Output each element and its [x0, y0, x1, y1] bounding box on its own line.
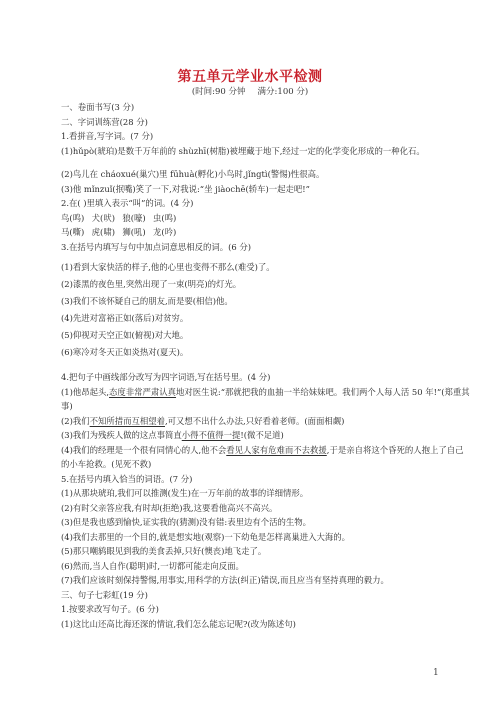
exam-full-score: 满分:100 分) [258, 87, 309, 97]
section-heading: 一、卷面书写(3 分) [61, 100, 471, 115]
animal-sounds-row: 马(嘶) 虎(啸) 狮(吼) 龙(吟) [61, 225, 471, 240]
document-subtitle: (时间:90 分钟满分:100 分) [0, 85, 500, 97]
question-item: (1)看到大家快活的样子,他的心里也变得不那么(难受)了。 [61, 259, 471, 276]
exam-time: (时间:90 分钟 [192, 87, 246, 97]
underlined-phrase: 小得不值得一提 [182, 430, 241, 440]
question-item: (3)我们为残疾人做的这点事简直小得不值得一提!(微不足道) [61, 428, 471, 443]
answer-cell: 狼(嚎) [122, 211, 150, 226]
answer-cell: 鸟(鸣) [61, 211, 89, 226]
answer-cell: 犬(吠) [92, 211, 120, 226]
question-item: (5)那只嘲鸫眼见到我的美食丢掉,只好(懊丧)地飞走了。 [61, 544, 471, 559]
underlined-phrase: 不知所措而互相望着 [90, 416, 165, 426]
question-item: (3)我们不该怀疑自己的朋友,而是要(相信)他。 [61, 293, 471, 310]
question-prompt: 2.在( )里填入表示“叫”的词。(4 分) [61, 196, 471, 211]
answer-cell: 狮(吼) [122, 225, 150, 240]
section-heading: 三、句子七彩虹(19 分) [61, 588, 471, 603]
answer-cell: 龙(吟) [153, 225, 181, 240]
question-item: (4)我们去那里的一个目的,就是想实地(观察)一下幼龟是怎样离巢进入大海的。 [61, 530, 471, 545]
question-item: (1)从那块琥珀,我们可以推测(发生)在一万年前的故事的详细情形。 [61, 486, 471, 501]
question-item: (1)他昂起头,态度非常严肃认真地对医生说:“那就把我的血抽一半给妹妹吧。我们两… [61, 385, 471, 414]
question-item: (1)这比山还高比海还深的情谊,我们怎么能忘记呢?(改为陈述句) [61, 617, 471, 632]
question-item: (4)先进对富裕正如(落后)对贫穷。 [61, 310, 471, 327]
question-prompt: 4.把句子中画线部分改写为四字词语,写在括号里。(4 分) [61, 370, 471, 385]
answer-cell: 马(嘶) [61, 225, 89, 240]
question-item: (2)我们不知所措而互相望着,可又想不出什么办法,只好看着老师。(面面相觑) [61, 414, 471, 429]
question-item: (2)鸟儿在 cháoxué(巢穴)里 fūhuà(孵化)小鸟时,jǐngtì(… [61, 167, 471, 182]
question-prompt: 1.按要求改写句子。(6 分) [61, 602, 471, 617]
question-item: (4)我们的经理是一个很有同情心的人,他不会看见人家有危难而不去救援,于是亲自将… [61, 443, 471, 472]
question-prompt: 1.看拼音,写字词。(7 分) [61, 129, 471, 144]
answer-cell: 虎(啸) [92, 225, 120, 240]
question-item: (3)但是我也感到愉快,证实我的(猜测)没有错:表里边有个活的生物。 [61, 515, 471, 530]
question-item: (1)hǔpò(琥珀)是数千万年前的 shùzhī(树脂)被埋藏于地下,经过一定… [61, 144, 471, 159]
answer-cell: 虫(鸣) [153, 211, 181, 226]
document-title: 第五单元学业水平检测 [0, 66, 500, 86]
underlined-phrase: 看见人家有危难而不去救援 [226, 445, 327, 455]
question-item: (7)我们应该时刻保持警惕,用事实,用科学的方法(纠正)错误,而且应当有坚持真理… [61, 573, 471, 588]
question-item: (5)仰视对天空正如(俯视)对大地。 [61, 327, 471, 344]
underlined-phrase: 态度非常严肃认真 [109, 387, 176, 397]
question-item: (2)漆黑的夜色里,突然出现了一束(明亮)的灯光。 [61, 276, 471, 293]
document-page: 第五单元学业水平检测 (时间:90 分钟满分:100 分) 一、卷面书写(3 分… [0, 0, 500, 708]
question-item: (3)他 mǐnzuǐ(抿嘴)笑了一下,对我说:“坐 jiàochē(轿车)一起… [61, 182, 471, 197]
question-item: (6)然而,当人自作(聪明)时,一切都可能走向反面。 [61, 559, 471, 574]
section-heading: 二、字词训练营(28 分) [61, 115, 471, 130]
page-number: 1 [433, 668, 439, 678]
question-item: (6)寒冷对冬天正如炎热对(夏天)。 [61, 344, 471, 361]
question-prompt: 5.在括号内填入恰当的词语。(7 分) [61, 472, 471, 487]
animal-sounds-row: 鸟(鸣) 犬(吠) 狼(嚎) 虫(鸣) [61, 211, 471, 226]
question-item: (2)有时父亲答应我,有时却(拒绝)我,这要看他高兴不高兴。 [61, 501, 471, 516]
document-body: 一、卷面书写(3 分) 二、字词训练营(28 分) 1.看拼音,写字词。(7 分… [61, 100, 471, 631]
question-prompt: 3.在括号内填写与句中加点词意思相反的词。(6 分) [61, 240, 471, 255]
